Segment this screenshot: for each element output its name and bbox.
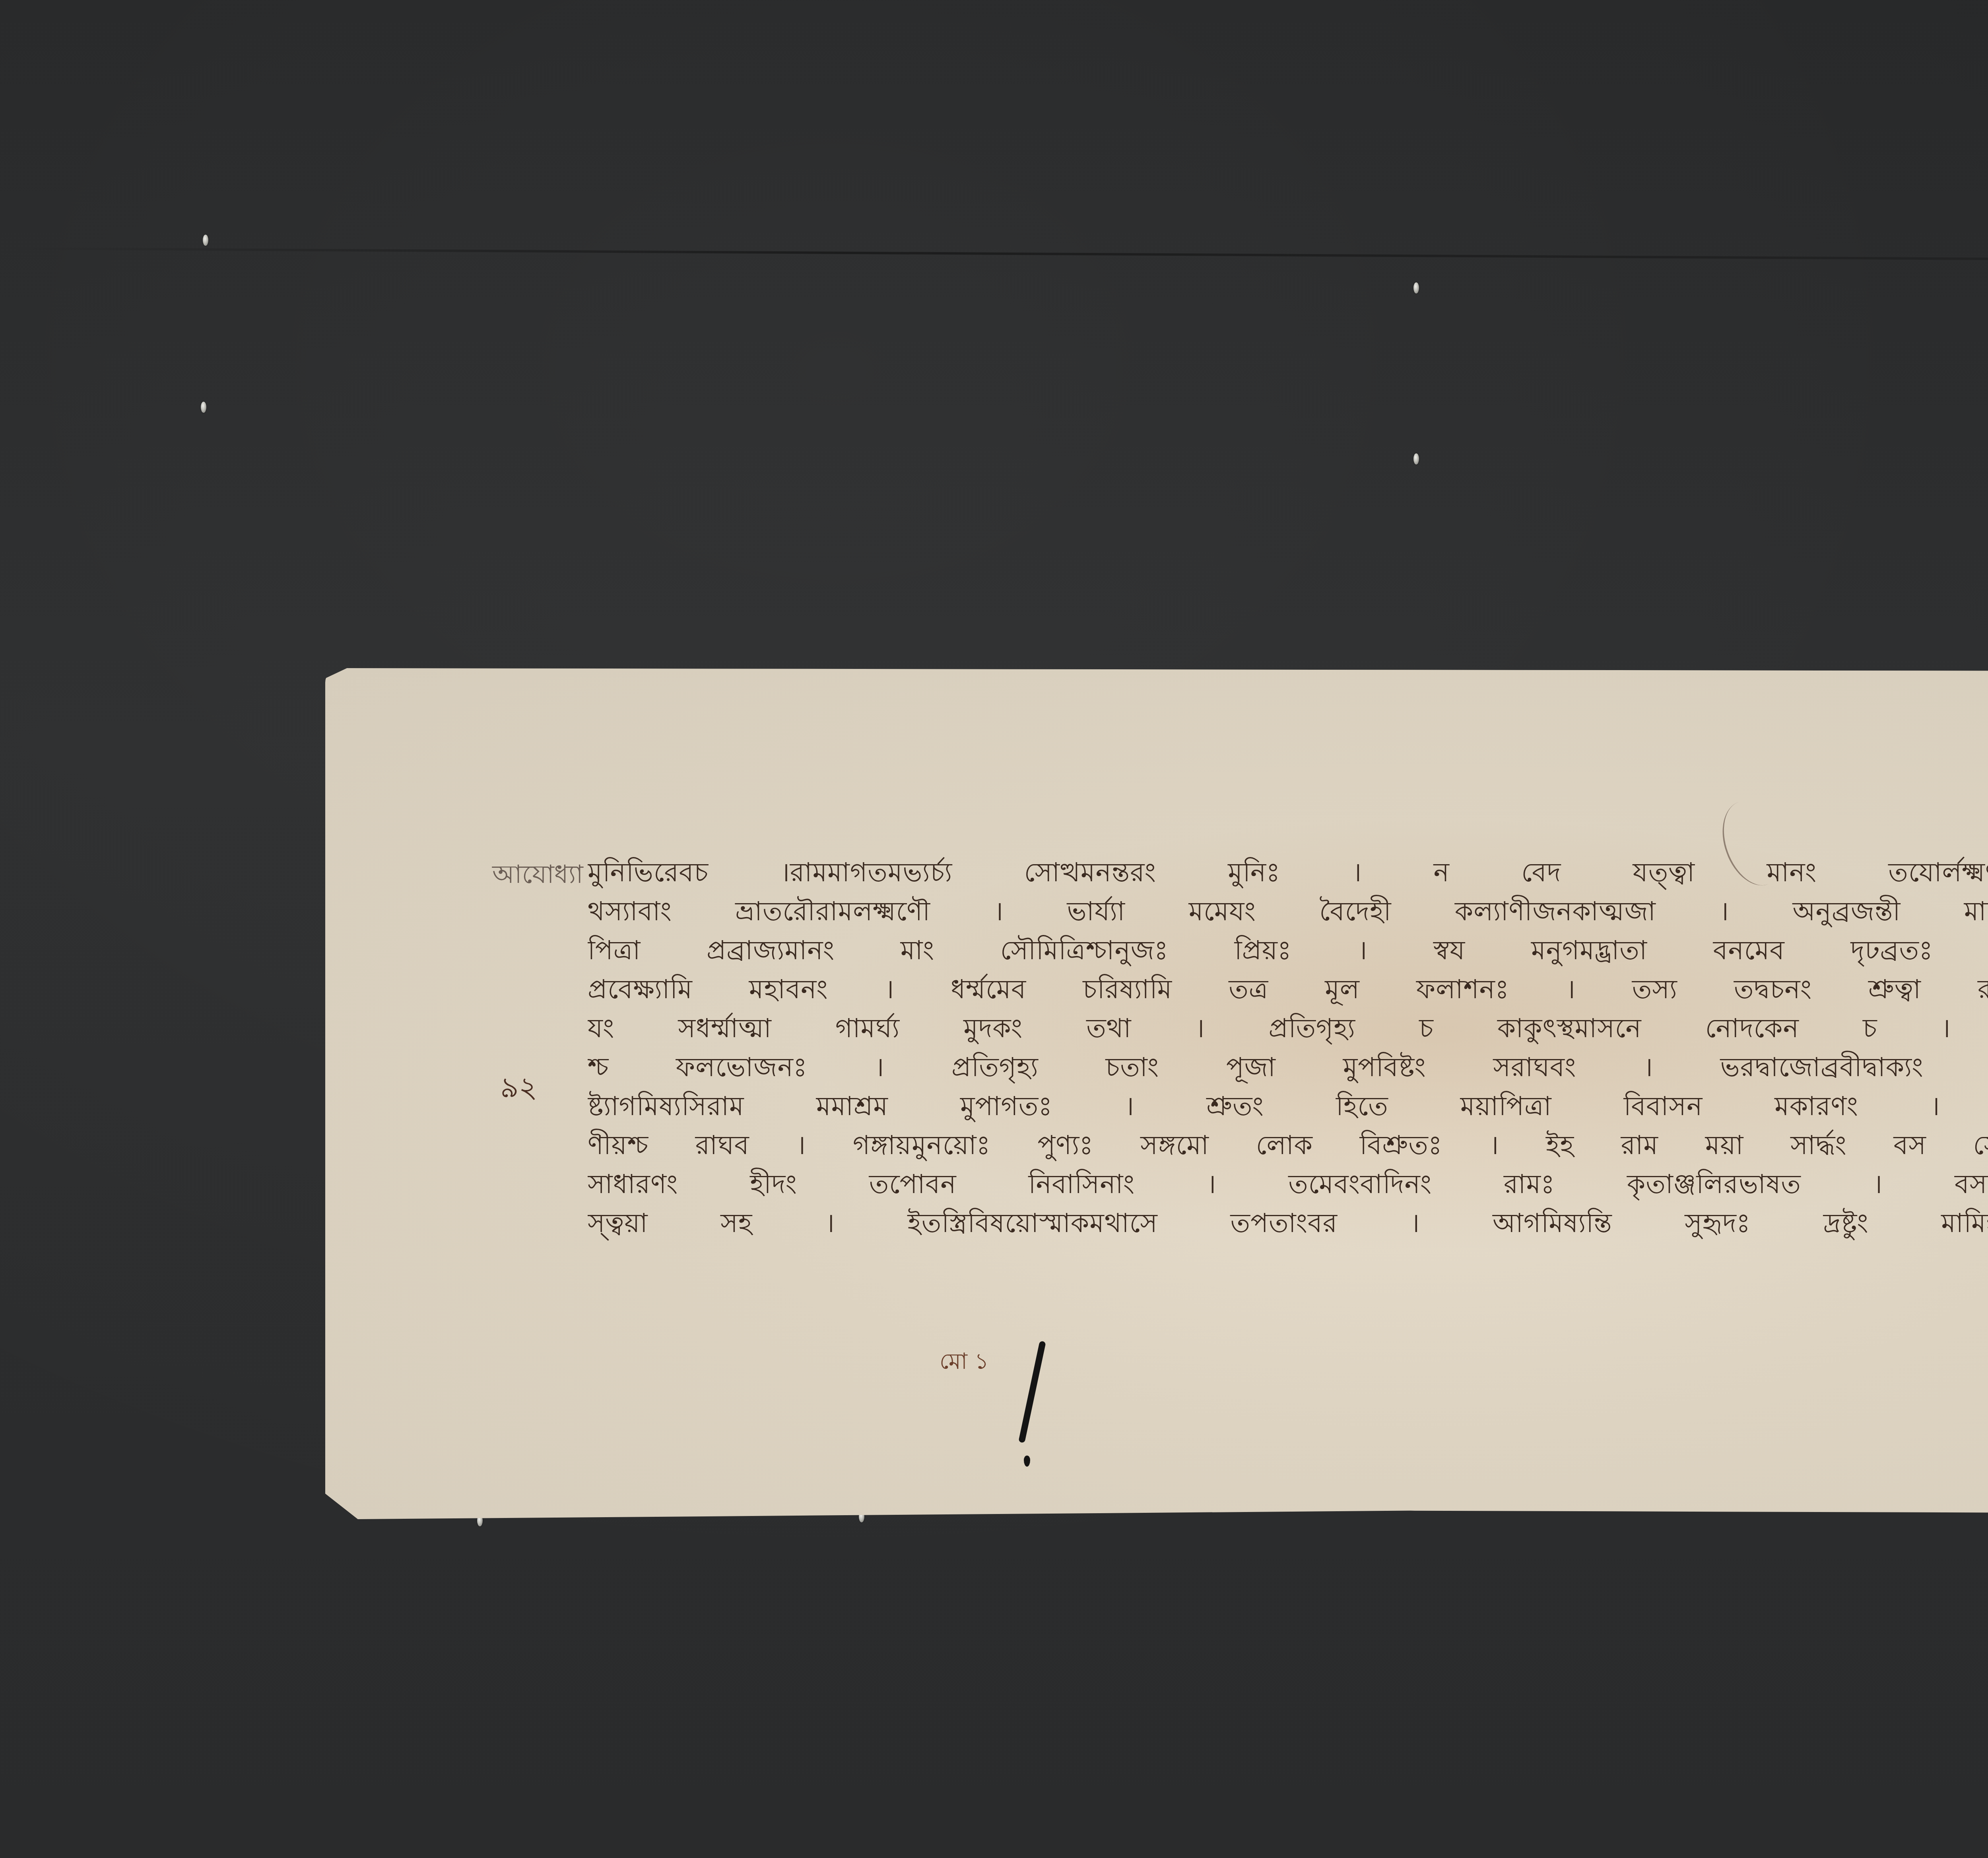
ink-drop-mark	[1024, 1456, 1030, 1467]
text-line: সাধারণং হীদং তপোবন নিবাসিনাং । তমেবংবাদি…	[588, 1165, 1988, 1204]
text-line: মুনিভিরেবচ ।রামমাগতমভ্যর্চ্য সোত্থমনন্তর…	[588, 853, 1988, 892]
text-line: প্রবেক্ষ্যামি মহাবনং । ধর্ম্মমেব চরিষ্যা…	[588, 970, 1988, 1009]
margin-heading: আযোধ্যা	[492, 855, 583, 898]
text-line: যং সধর্ম্মাত্মা গামর্ঘ্য মুদকং তথা । প্র…	[588, 1009, 1988, 1048]
folio-number-left: ৯২	[500, 1066, 538, 1114]
text-line: স্ত্বয়া সহ । ইতস্ত্রিবিষয়োস্মাকমথাসে ত…	[588, 1204, 1988, 1243]
text-line: থস্যাবাং ভ্রাতরৌরামলক্ষ্মণৌ । ভার্য্যা ম…	[588, 892, 1988, 931]
text-line: শ্চ ফলভোজনঃ । প্রতিগৃহ্য চতাং পূজা মুপবি…	[588, 1048, 1988, 1087]
manuscript-text: মুনিভিরেবচ ।রামমাগতমভ্যর্চ্য সোত্থমনন্তর…	[588, 853, 1988, 1243]
mounting-pin	[1413, 453, 1419, 464]
text-line: ণীয়শ্চ রাঘব । গঙ্গায়মুনয়োঃ পুণ্যঃ সঙ্…	[588, 1126, 1988, 1165]
ink-stroke-mark	[1018, 1341, 1046, 1443]
text-line: পিত্রা প্রব্রাজ্যমানং মাং সৌমিত্রিশ্চানু…	[588, 931, 1988, 970]
manuscript-folio: আযোধ্যা ৯২ ২২৫ মুনিভিরেবচ ।রামমাগতমভ্যর্…	[325, 668, 1988, 1519]
mounting-pin	[1413, 282, 1419, 293]
bottom-annotation: মো ১	[940, 1344, 989, 1382]
text-line: ষ্ট্যাগমিষ্যসিরাম মমাশ্রম মুপাগতঃ । শ্রু…	[588, 1087, 1988, 1126]
mounting-pin	[201, 402, 206, 413]
mounting-pin	[203, 235, 208, 246]
